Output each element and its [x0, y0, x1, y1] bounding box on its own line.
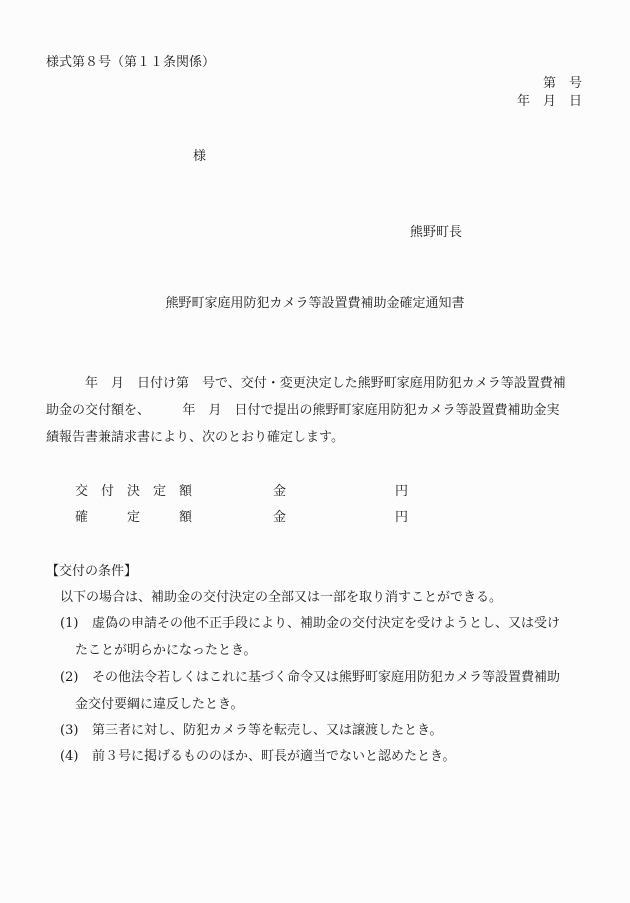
condition-item-2: (2)その他法令若しくはこれに基づく命令又は熊野町家庭用防犯カメラ等設置費補助 — [60, 671, 560, 684]
conditions-intro: 以下の場合は、補助金の交付決定の全部又は一部を取り消すことができる。 — [60, 591, 502, 604]
body-line-1: 年 月 日付け第 号で、交付・変更決定した熊野町家庭用防犯カメラ等設置費補 — [46, 377, 566, 390]
condition-text: その他法令若しくはこれに基づく命令又は熊野町家庭用防犯カメラ等設置費補助 — [92, 670, 560, 685]
issuer-name: 熊野町長 — [410, 226, 462, 239]
body-line-2: 助金の交付額を、 年 月 日付で提出の熊野町家庭用防犯カメラ等設置費補助金実 — [46, 404, 560, 417]
condition-text: 第三者に対し、防犯カメラ等を転売し、又は譲渡したとき。 — [92, 723, 442, 738]
amount-unit: 円 — [395, 484, 408, 499]
amount-prefix: 金 — [273, 485, 395, 498]
condition-text: 虚偽の申請その他不正手段により、補助金の交付決定を受けようとし、又は受け — [92, 616, 560, 631]
condition-item-1-continued: たことが明らかになったとき。 — [75, 644, 256, 657]
condition-number: (2) — [60, 671, 92, 684]
condition-text: 前３号に掲げるもののほか、町長が適当でないと認めたとき。 — [92, 749, 455, 764]
body-line-3: 績報告書兼請求書により、次のとおり確定します。 — [46, 431, 344, 444]
amount-label: 確 定 額 — [75, 511, 273, 524]
addressee-honorific: 様 — [193, 150, 206, 163]
document-title: 熊野町家庭用防犯カメラ等設置費補助金確定通知書 — [0, 297, 630, 310]
form-number: 様式第８号（第１１条関係） — [46, 56, 215, 69]
condition-item-3: (3)第三者に対し、防犯カメラ等を転売し、又は譲渡したとき。 — [60, 724, 442, 737]
condition-number: (1) — [60, 617, 92, 630]
condition-item-1: (1)虚偽の申請その他不正手段により、補助金の交付決定を受けようとし、又は受け — [60, 617, 560, 630]
document-number: 第 号 — [543, 77, 582, 90]
document-date: 年 月 日 — [517, 95, 582, 108]
condition-item-4: (4)前３号に掲げるもののほか、町長が適当でないと認めたとき。 — [60, 750, 455, 763]
amount-row-decided: 交 付 決 定 額金円 — [75, 485, 408, 498]
conditions-heading: 【交付の条件】 — [46, 565, 137, 578]
condition-number: (4) — [60, 750, 92, 763]
amount-row-confirmed: 確 定 額金円 — [75, 511, 408, 524]
condition-number: (3) — [60, 724, 92, 737]
condition-item-2-continued: 金交付要綱に違反したとき。 — [75, 698, 243, 711]
amount-unit: 円 — [395, 510, 408, 525]
amount-prefix: 金 — [273, 511, 395, 524]
amount-label: 交 付 決 定 額 — [75, 485, 273, 498]
